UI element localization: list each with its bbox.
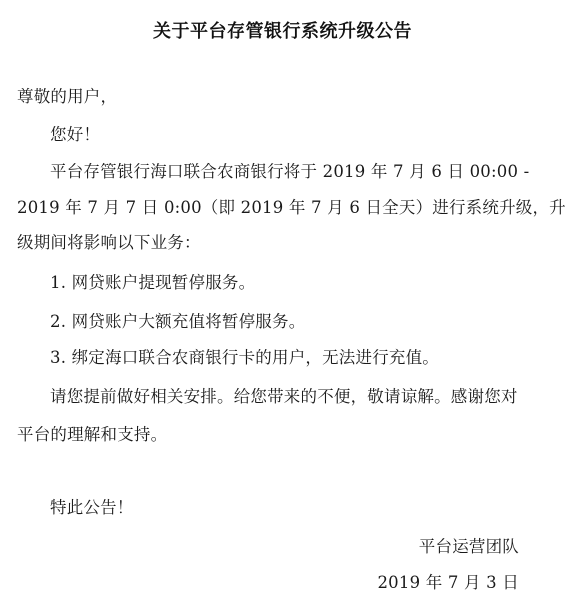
intro-line-1: 平台存管银行海口联合农商银行将于 2019 年 7 月 6 日 00:00 - bbox=[50, 162, 529, 182]
closing-line-1: 请您提前做好相关安排。给您带来的不便，敬请谅解。感谢您对 bbox=[50, 387, 518, 407]
intro-line-3: 级期间将影响以下业务： bbox=[17, 233, 201, 253]
announcement-document: 关于平台存管银行系统升级公告 尊敬的用户， 您好！ 平台存管银行海口联合农商银行… bbox=[0, 0, 565, 608]
intro-line-2: 2019 年 7 月 7 日 0:00（即 2019 年 7 月 6 日全天）进… bbox=[17, 198, 565, 218]
document-date: 2019 年 7 月 3 日 bbox=[377, 573, 519, 593]
list-item: 1. 网贷账户提现暂停服务。 bbox=[50, 273, 255, 293]
signer: 平台运营团队 bbox=[419, 537, 519, 557]
greeting: 尊敬的用户， bbox=[17, 87, 117, 107]
closing-line-2: 平台的理解和支持。 bbox=[17, 425, 167, 445]
list-item: 2. 网贷账户大额充值将暂停服务。 bbox=[50, 312, 305, 332]
special-notice: 特此公告！ bbox=[50, 498, 134, 518]
hello-line: 您好！ bbox=[50, 125, 100, 145]
document-title: 关于平台存管银行系统升级公告 bbox=[0, 20, 565, 44]
list-item: 3. 绑定海口联合农商银行卡的用户，无法进行充值。 bbox=[50, 348, 439, 368]
